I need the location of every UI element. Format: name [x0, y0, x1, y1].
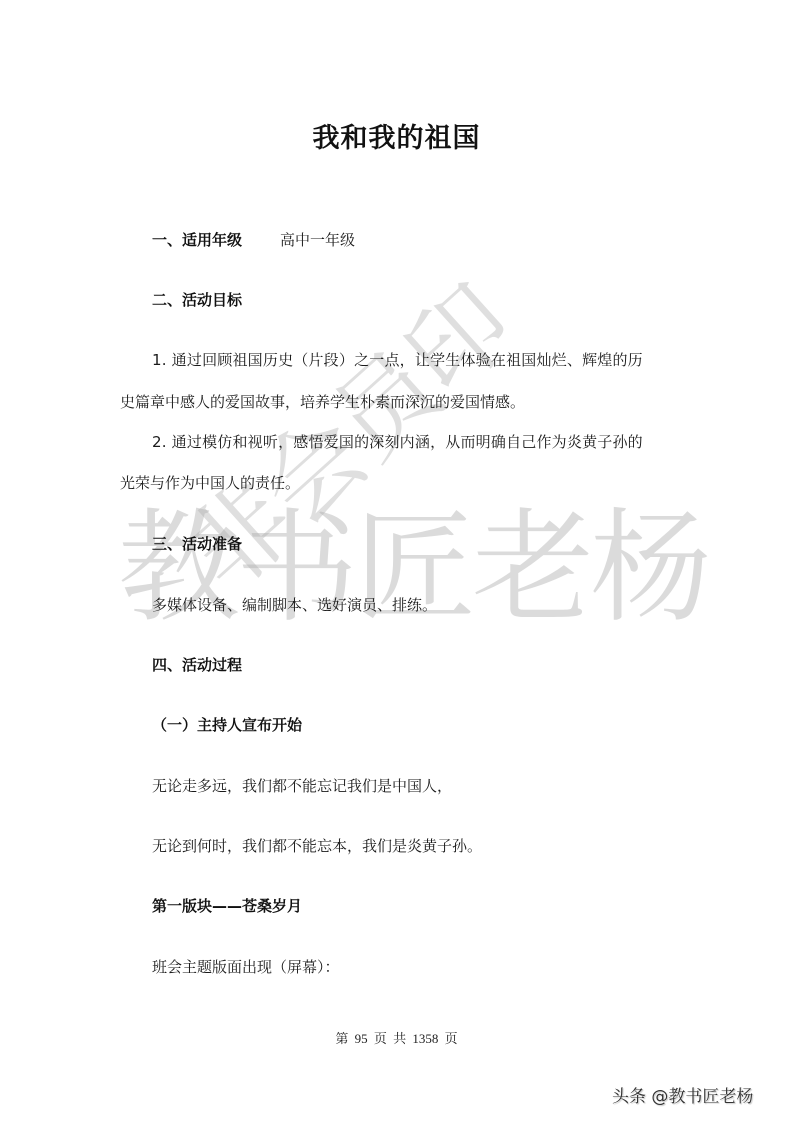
block-1-heading: 第一版块——苍桑岁月	[152, 895, 302, 916]
block-1-text: 班会主题版面出现（屏幕）：	[152, 956, 340, 977]
grade-value: 高中一年级	[280, 229, 355, 250]
source-credit: 头条 @教书匠老杨	[612, 1082, 753, 1107]
watermark-main: 教书匠老杨	[118, 470, 708, 645]
page-footer: 第 95 页 共 1358 页	[0, 1028, 793, 1047]
section-grade-heading: 一、适用年级	[152, 229, 242, 250]
host-line-1: 无论走多远，我们都不能忘记我们是中国人，	[152, 775, 452, 796]
subsection-host-opening: （一）主持人宣布开始	[152, 714, 302, 735]
host-line-2: 无论到何时，我们都不能忘本，我们是炎黄子孙。	[152, 835, 482, 856]
section-goals-heading: 二、活动目标	[152, 289, 242, 310]
preparation-text: 多媒体设备、编制脚本、选好演员、排练。	[152, 594, 437, 615]
document-page: 教书匠老杨 非会员印 我和我的祖国 一、适用年级 高中一年级 二、活动目标 1.…	[0, 0, 793, 1122]
page-title: 我和我的祖国	[0, 116, 793, 155]
goal-2-line-2: 光荣与作为中国人的责任。	[120, 472, 300, 493]
section-process-heading: 四、活动过程	[152, 654, 242, 675]
goal-1-line-2: 史篇章中感人的爱国故事，培养学生朴素而深沉的爱国情感。	[120, 391, 525, 412]
section-preparation-heading: 三、活动准备	[152, 533, 242, 554]
goal-2-line-1: 2. 通过模仿和视听，感悟爱国的深刻内涵，从而明确自己作为炎黄子孙的	[152, 431, 643, 452]
goal-1-line-1: 1. 通过回顾祖国历史（片段）之一点，让学生体验在祖国灿烂、辉煌的历	[152, 349, 643, 370]
